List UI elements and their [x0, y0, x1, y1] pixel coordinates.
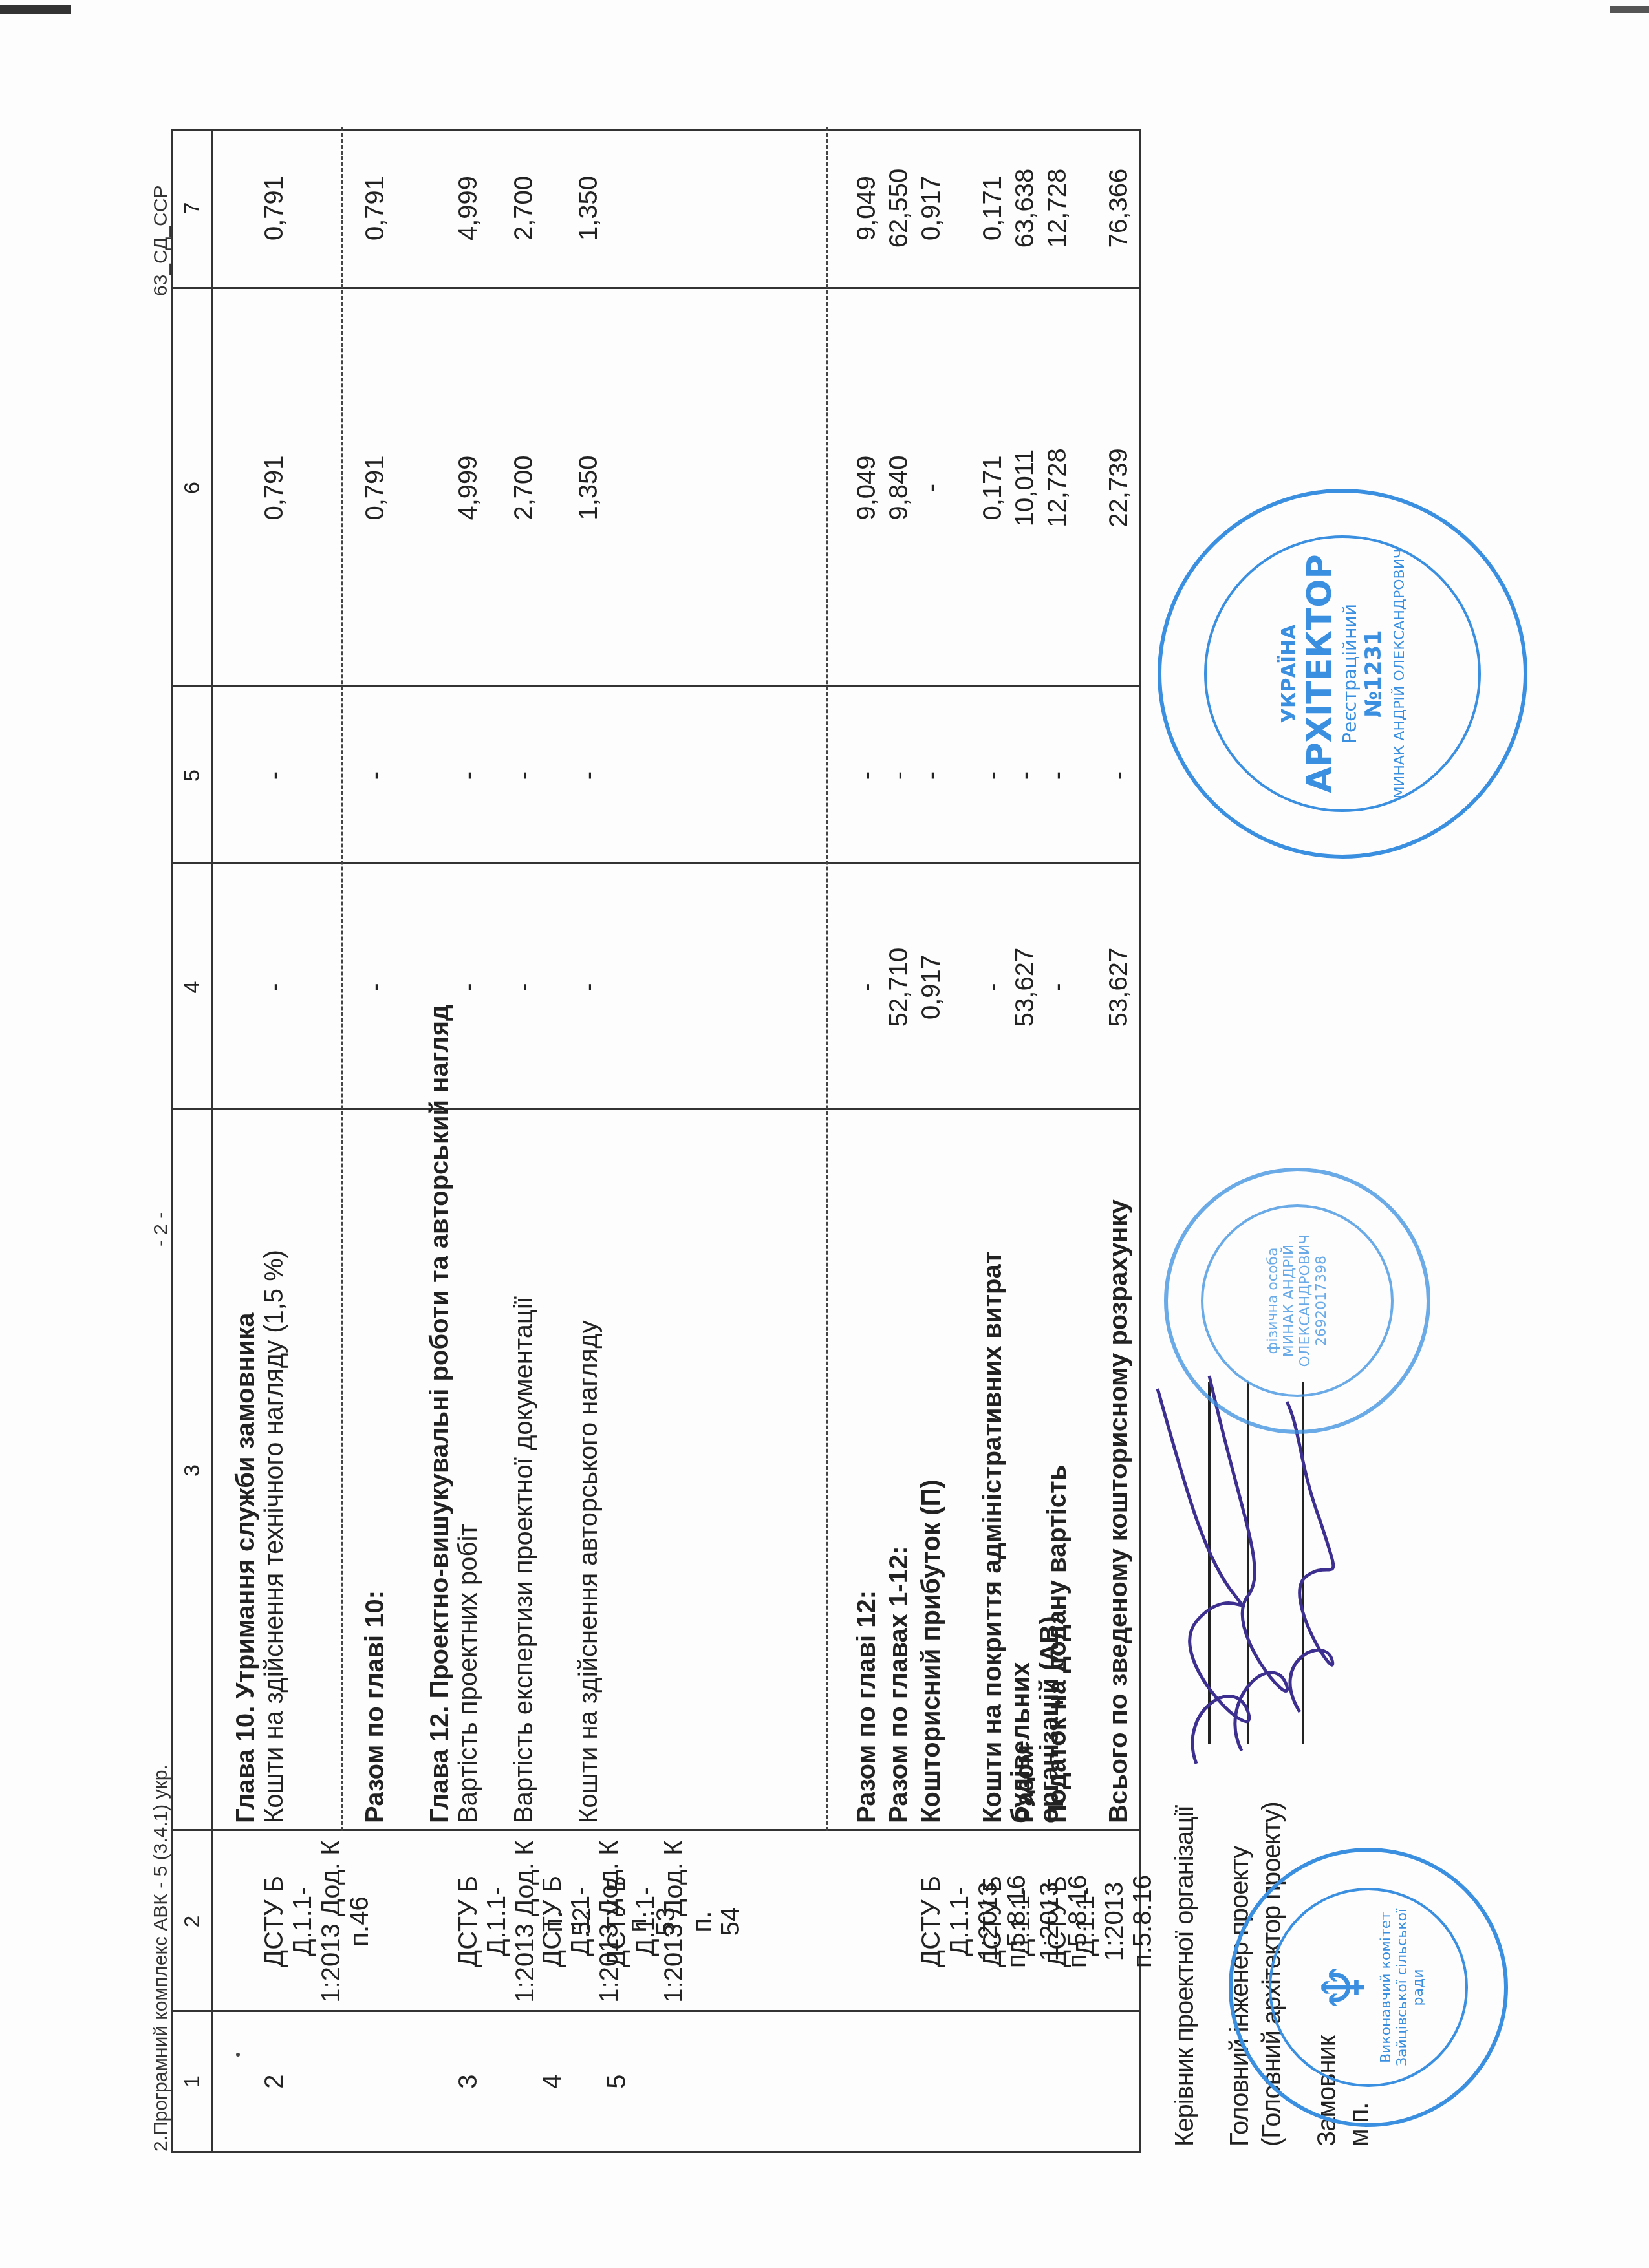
cost-value: 53,627 — [1011, 864, 1039, 1110]
cost-value: - — [1043, 864, 1072, 1110]
cost-value: 0,791 — [260, 127, 288, 289]
cost-value: 4,999 — [454, 289, 482, 687]
entrepreneur-stamp: фізична особа МИНАК АНДРІЙ ОЛЕКСАНДРОВИЧ… — [1164, 1168, 1430, 1434]
row-number: 2 — [260, 2012, 288, 2151]
page-number: - 2 - — [150, 1212, 172, 1246]
column-number: 4 — [173, 864, 211, 1110]
rotated-document: 2.Програмний комплекс АВК - 5 (3.4.1) ук… — [0, 0, 1649, 2268]
architect-stamp: УКРАЇНА АРХІТЕКТОР Реєстраційний №1231 М… — [1158, 489, 1527, 859]
cost-value: 4,999 — [454, 127, 482, 289]
cost-value: - — [1043, 687, 1072, 864]
basis-reference: ДСТУ Б Д.1.1- 1:2013 Дод. К п.46 — [260, 1837, 374, 2006]
coat-of-arms-icon: ♆ — [1310, 1962, 1378, 2014]
column-number: 3 — [173, 1110, 211, 1831]
column-number: 6 — [173, 289, 211, 687]
row-number: 4 — [538, 2012, 566, 2151]
cost-value: - — [454, 864, 482, 1110]
cost-value: - — [852, 864, 881, 1110]
cost-value: 0,917 — [917, 127, 945, 289]
dashed-separator — [826, 127, 828, 1831]
cost-value: 0,791 — [260, 289, 288, 687]
summary-label: Всього по зведеному кошторисному розраху… — [1105, 1106, 1133, 1823]
cost-value: 10,011 — [1011, 289, 1039, 687]
cost-value: - — [361, 864, 389, 1110]
item-title: Кошти на здійснення технічного нагляду (… — [260, 1112, 288, 1823]
column-number: 7 — [173, 127, 211, 289]
cost-value: 0,791 — [361, 127, 389, 289]
cost-value: - — [510, 864, 538, 1110]
head-of-org-label: Керівник проектної організації — [1170, 1806, 1200, 2146]
cost-value: 62,550 — [885, 127, 913, 289]
dashed-separator — [341, 127, 343, 1831]
column-divider — [173, 1829, 1139, 1831]
cost-value: 1,350 — [574, 289, 603, 687]
cost-value: 0,791 — [361, 289, 389, 687]
cost-value: 12,728 — [1043, 289, 1072, 687]
summary-label: Разом по главах 1-12: — [885, 1106, 913, 1823]
basis-reference: ДСТУ Б Д.1.1- 1:2013 Дод. К п. 54 — [603, 1837, 745, 2006]
cost-value: - — [978, 687, 1007, 864]
summary-label: Разом по главі 12: — [852, 1106, 881, 1823]
cost-value: 2,700 — [510, 289, 538, 687]
column-divider — [173, 2010, 1139, 2012]
cost-value: 9,049 — [852, 127, 881, 289]
cost-value: - — [1011, 687, 1039, 864]
cost-value: - — [361, 687, 389, 864]
cost-value: - — [510, 687, 538, 864]
item-title: Вартість проектних робіт — [454, 1112, 482, 1823]
cost-value: 2,700 — [510, 127, 538, 289]
row-number: 5 — [603, 2012, 631, 2151]
column-number: 2 — [173, 1831, 211, 2012]
cost-value: 0,171 — [978, 289, 1007, 687]
cost-value: 0,917 — [917, 864, 945, 1110]
cost-value: 0,171 — [978, 127, 1007, 289]
summary-label: Кошторисний прибуток (П) — [917, 1106, 945, 1823]
cost-value: - — [260, 864, 288, 1110]
cost-value: - — [917, 289, 945, 687]
chapter-title: Глава 12. Проектно-вишукувальні роботи т… — [426, 1099, 454, 1823]
cost-value: - — [260, 687, 288, 864]
column-number: 1 — [173, 2012, 211, 2151]
chapter-title: Разом по главі 10: — [361, 1099, 389, 1823]
cost-value: 53,627 — [1105, 864, 1133, 1110]
cost-value: 22,739 — [1105, 289, 1133, 687]
cost-value: 63,638 — [1011, 127, 1039, 289]
cost-value: - — [574, 687, 603, 864]
cost-value: 9,049 — [852, 289, 881, 687]
estimate-table: 12345672ДСТУ Б Д.1.1- 1:2013 Дод. К п.46… — [171, 129, 1141, 2153]
item-title: Вартість експертизи проектної документац… — [510, 1112, 538, 1823]
row-number: 3 — [454, 2012, 482, 2151]
software-header: 2.Програмний комплекс АВК - 5 (3.4.1) ук… — [150, 1764, 172, 2152]
cost-value: 52,710 — [885, 864, 913, 1110]
cost-value: - — [917, 687, 945, 864]
cost-value: 9,840 — [885, 289, 913, 687]
cost-value: - — [1105, 687, 1133, 864]
cost-value: 1,350 — [574, 127, 603, 289]
summary-label: Разом — [1011, 1106, 1039, 1823]
council-stamp: ♆ Виконавчий комітет Зайцівської сільськ… — [1229, 1848, 1508, 2127]
cost-value: 12,728 — [1043, 127, 1072, 289]
cost-value: 76,366 — [1105, 127, 1133, 289]
summary-label: Податок на додану вартість — [1043, 1106, 1072, 1823]
cost-value: - — [574, 864, 603, 1110]
cost-value: - — [978, 864, 1007, 1110]
cost-value: - — [454, 687, 482, 864]
basis-reference: ДСТУ Б Д.1.1- 1:2013 п.5.8.16 — [1043, 1837, 1157, 2006]
cost-value: - — [885, 687, 913, 864]
chapter-title: Глава 10. Утримання служби замовника — [232, 1099, 260, 1823]
cost-value: - — [852, 687, 881, 864]
item-title: Кошти на здійснення авторського нагляду — [574, 1112, 603, 1823]
column-number: 5 — [173, 687, 211, 864]
form-code: 63_СД_ССР — [150, 186, 172, 296]
